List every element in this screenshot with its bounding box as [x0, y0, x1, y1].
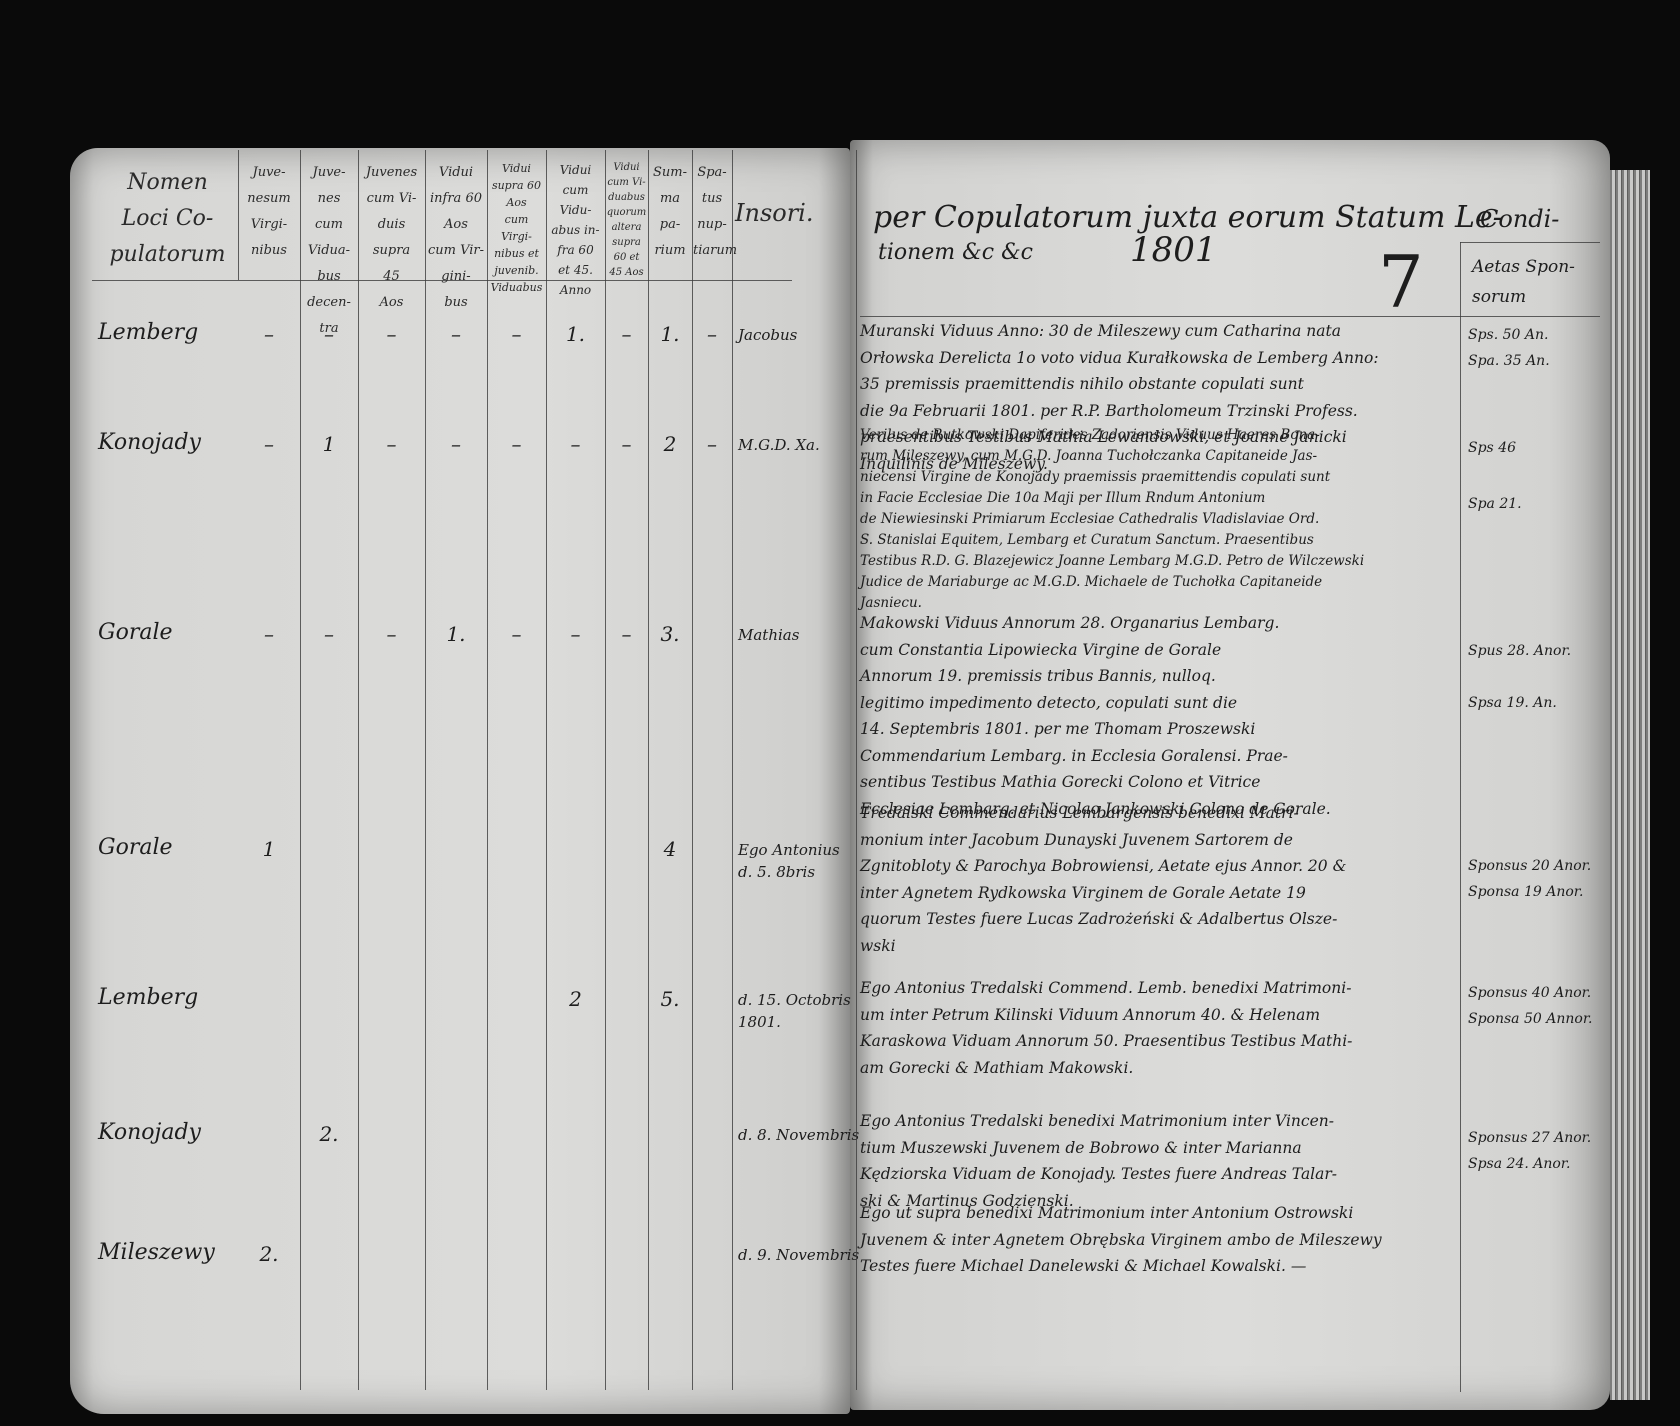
row-cell: –: [240, 322, 298, 346]
row-cell: –: [606, 322, 647, 346]
row-cell: 2.: [240, 1242, 298, 1266]
row-cell: –: [427, 432, 485, 456]
header-col-summa: Sum- ma pa- rium: [649, 160, 691, 264]
row-cell: –: [488, 322, 545, 346]
row-cell: 2.: [302, 1122, 356, 1146]
row-cell: –: [427, 322, 485, 346]
row-note: d. 8. Novembris: [738, 1124, 859, 1146]
age-col-divider: [1460, 242, 1461, 1392]
row-cell: 1: [302, 432, 356, 456]
row-place: Mileszewy: [98, 1240, 215, 1265]
row-cell: 1.: [547, 322, 604, 346]
page-number: 7: [1378, 240, 1424, 324]
marriage-entry: Ego ut supra benedixi Matrimonium inter …: [860, 1200, 1460, 1280]
col-divider: [358, 150, 359, 1390]
marriage-entry: Tredalski Commendarius Lembargensis bene…: [860, 800, 1460, 959]
row-place: Gorale: [98, 620, 173, 645]
col-divider: [425, 150, 426, 1390]
row-note: d. 15. Octobris 1801.: [738, 989, 851, 1033]
row-note: Mathias: [738, 624, 799, 646]
row-cell: 3.: [649, 622, 691, 646]
row-cell: –: [302, 322, 356, 346]
age-column-header: Aetas Spon- sorum: [1472, 252, 1575, 312]
row-place: Konojady: [98, 430, 201, 455]
spouse-ages: Sponsus 40 Anor. Sponsa 50 Annor.: [1468, 980, 1592, 1032]
spouse-ages: Sponsus 27 Anor. Spsa 24. Anor.: [1468, 1125, 1591, 1177]
page-title-cont: tionem &c &c: [878, 240, 1033, 265]
right-header-rule: [860, 316, 1600, 317]
row-cell: 1: [240, 837, 298, 861]
row-cell: 1.: [649, 322, 691, 346]
row-place: Lemberg: [98, 320, 198, 345]
row-cell: 2: [547, 987, 604, 1011]
row-cell: –: [606, 622, 647, 646]
row-cell: –: [240, 432, 298, 456]
row-cell: –: [240, 622, 298, 646]
spouse-ages: Sps 46 Spa 21.: [1468, 420, 1522, 532]
spouse-ages: Sps. 50 An. Spa. 35 An.: [1468, 322, 1550, 374]
row-note: M.G.D. Xa.: [738, 434, 820, 456]
age-header-rule: [1460, 242, 1600, 243]
row-cell: 2: [649, 432, 691, 456]
header-insori: Insori.: [735, 200, 795, 226]
row-cell: –: [360, 432, 423, 456]
register-year: 1801: [1130, 230, 1217, 270]
header-col-3: Juvenes cum Vi- duis supra 45 Aos: [360, 160, 423, 316]
marriage-entry: Verilus de Rutkowski Dapiferides Zadorie…: [860, 425, 1460, 614]
row-cell: 1.: [427, 622, 485, 646]
marriage-entry: Ego Antonius Tredalski Commend. Lemb. be…: [860, 975, 1460, 1081]
row-cell: –: [360, 622, 423, 646]
row-cell: 4: [649, 837, 691, 861]
header-col-7: Vidui cum Vi- duabus quorum altera supra…: [606, 160, 647, 280]
page-edges: [1610, 170, 1650, 1400]
col-divider: [732, 150, 733, 1390]
header-col-5: Vidui supra 60 Aos cum Virgi- nibus et j…: [488, 160, 545, 296]
row-cell: –: [360, 322, 423, 346]
row-note: Ego Antonius d. 5. 8bris: [738, 839, 840, 883]
row-place: Gorale: [98, 835, 173, 860]
spouse-ages: Sponsus 20 Anor. Sponsa 19 Anor.: [1468, 853, 1591, 905]
marriage-entry: Ego Antonius Tredalski benedixi Matrimon…: [860, 1108, 1460, 1214]
row-cell: –: [488, 622, 545, 646]
row-cell: –: [302, 622, 356, 646]
row-note: Jacobus: [738, 324, 797, 346]
header-col-spatus: Spa- tus nup- tiarum: [693, 160, 731, 264]
row-cell: 5.: [649, 987, 691, 1011]
margin-rule: [856, 150, 857, 1390]
row-cell: –: [693, 432, 731, 456]
spouse-ages: Spus 28. Anor. Spsa 19. An.: [1468, 625, 1571, 729]
marriage-entry: Makowski Viduus Annorum 28. Organarius L…: [860, 610, 1460, 822]
header-col-6: Vidui cum Vidu- abus in- fra 60 et 45. A…: [547, 160, 604, 300]
col-divider: [238, 150, 239, 280]
header-col-1: Juve- nesum Virgi- nibus: [240, 160, 298, 264]
row-cell: –: [488, 432, 545, 456]
row-note: d. 9. Novembris: [738, 1244, 859, 1266]
row-cell: –: [606, 432, 647, 456]
header-col-2: Juve- nes cum Vidua- bus decen- tra: [302, 160, 356, 342]
row-cell: –: [693, 322, 731, 346]
row-cell: –: [547, 432, 604, 456]
row-place: Konojady: [98, 1120, 201, 1145]
header-col-4: Vidui infra 60 Aos cum Vir- gini- bus: [427, 160, 485, 316]
row-cell: –: [547, 622, 604, 646]
header-place: Nomen Loci Co- pulatorum: [100, 165, 235, 273]
row-place: Lemberg: [98, 985, 198, 1010]
condition-heading: Condi-: [1480, 205, 1559, 233]
col-divider: [300, 150, 301, 1390]
